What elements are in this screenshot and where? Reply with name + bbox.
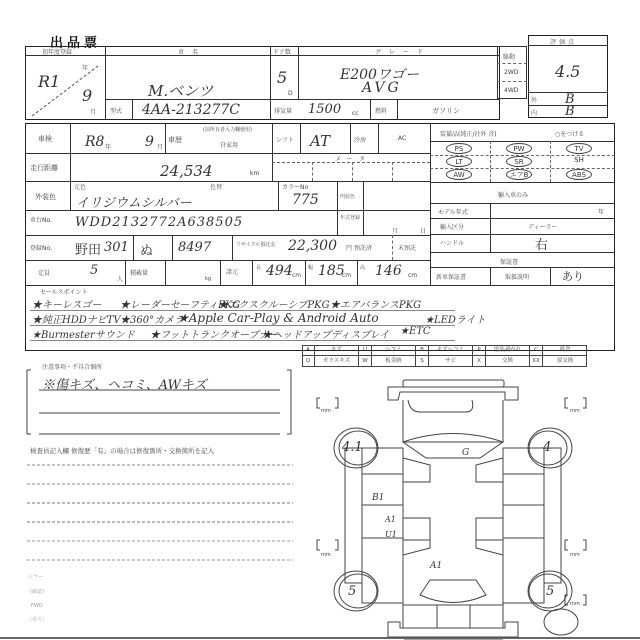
legend-meaning: サビ	[429, 356, 473, 367]
sales-point-item: ★エアバランスPKG	[330, 296, 421, 311]
equipment-option[interactable]: ABS	[566, 169, 592, 180]
recycle-status-paid: 預託済	[354, 243, 372, 252]
equipment-option[interactable]: AW	[446, 169, 472, 180]
grade-line2: AVG	[362, 80, 402, 96]
legend-meaning: 要交換	[543, 356, 587, 367]
sales-points-label: セールスポイント	[40, 287, 87, 296]
usage-label: 車歴	[168, 135, 182, 145]
legend-code: W	[359, 356, 372, 367]
warranty-book-label: 新車保証書	[436, 272, 466, 281]
sales-point-item: ★LEDライト	[425, 311, 486, 326]
plate-kana: ぬ	[140, 240, 153, 259]
warranty-section-label: 保証書	[500, 257, 518, 266]
legend-meaning: 塗装剥がれ	[486, 345, 530, 356]
inspection-month: 9	[145, 134, 154, 150]
legend-meaning: ヘコミ	[372, 345, 416, 356]
equipment-option[interactable]: エアB	[506, 169, 532, 180]
mileage-value: 24,534	[160, 162, 213, 180]
score-value: 4.5	[555, 62, 580, 81]
color-value: イリジウムシルバー	[76, 192, 192, 211]
bottom-label-0: シラー	[28, 573, 43, 580]
legend-meaning: キズヘコミ	[429, 345, 473, 356]
car-damage-diagram	[300, 370, 640, 640]
legend-code: C	[530, 345, 543, 356]
inspection-label: 車検	[38, 134, 52, 144]
equipment-option[interactable]: SR	[506, 156, 532, 167]
car-name-value: M.ベンツ	[148, 80, 213, 101]
shift-label: シフト	[276, 135, 294, 144]
legend-meaning: キズ	[315, 345, 359, 356]
plate-class: 301	[104, 240, 129, 255]
sales-point-item: ★純正HDDナビTV	[32, 311, 121, 326]
sales-point-item: ★Burmesterサウンド	[32, 326, 135, 341]
equipment-hint: ○をつける	[555, 129, 584, 138]
legend-code: Q	[302, 356, 315, 367]
recycle-status-unpaid: 未預託	[398, 243, 416, 252]
fuel-value: ガソリン	[432, 106, 460, 116]
import-type-label: 輸入区分	[440, 222, 464, 231]
dimensions-label: 諸元	[226, 267, 238, 276]
ac-value: AC	[398, 135, 406, 142]
date-divider-slash	[30, 58, 100, 118]
doors-label: ドア数	[273, 47, 291, 56]
notes-line1: ※傷キズ、ヘコミ、AWキズ	[42, 374, 207, 393]
equipment-option[interactable]: SH	[566, 156, 592, 164]
load-label: 積載量	[130, 268, 148, 277]
color-code-label: カラーNo	[282, 182, 308, 191]
fuel-label: 燃料	[375, 106, 387, 115]
model-label: 型式	[110, 106, 122, 115]
tire-rear-left-depth: 5	[348, 584, 356, 599]
handle-value: 右	[535, 234, 548, 253]
grade-label: グレード	[375, 47, 431, 56]
equipment-option[interactable]: TV	[566, 143, 592, 154]
shift-value: AT	[310, 132, 330, 150]
equipment-option[interactable]: PW	[506, 143, 532, 154]
height-value: 146	[375, 263, 402, 279]
inspection-year: R8	[85, 134, 104, 150]
plate-region: 野田	[75, 239, 101, 258]
displacement-value: 1500	[308, 102, 341, 117]
equipment-option[interactable]: LT	[446, 156, 472, 167]
meter-label: メータ	[335, 154, 371, 163]
damage-mark-rear-bumper: A1	[430, 561, 442, 571]
legend-meaning: 板金跡	[372, 356, 416, 367]
capacity-label: 定員	[38, 268, 50, 277]
interior-color-label: 内装色	[340, 193, 355, 200]
handle-label: ハンドル	[440, 238, 464, 247]
drive-2wd: 2WD	[504, 69, 518, 76]
chassis-label: 車台No.	[30, 215, 52, 224]
bottom-label-1: (確認)	[30, 588, 44, 595]
tire-front-left-depth: 4.1	[342, 440, 363, 455]
score-label: 評価点	[550, 37, 577, 46]
import-type-value: ディーラー	[528, 222, 558, 231]
mileage-label: 走行距離	[30, 163, 58, 173]
damage-mark-rear-left-a: A1	[385, 515, 396, 524]
plate-label: 登録No.	[30, 243, 52, 252]
equipment-option[interactable]: PS	[446, 143, 472, 154]
sales-point-item: ★フットトランクオープナー	[150, 326, 279, 341]
sales-point-item: ★Apple Car-Play & Android Auto	[178, 311, 379, 325]
recycle-label: リサイクル預託金	[236, 241, 275, 248]
sales-point-item: ★ETC	[400, 326, 431, 337]
tire-rear-right-depth: 5	[546, 584, 554, 599]
manual-value: あり	[562, 268, 584, 284]
length-value: 494	[266, 263, 293, 279]
equipment-label: 装備品(純正/社外 含)	[440, 129, 497, 138]
manual-label: 取扱説明	[505, 272, 529, 281]
legend-code: S	[416, 356, 429, 367]
legend-code: A	[302, 345, 315, 356]
legend-code: P	[473, 345, 486, 356]
tire-front-right-depth: 4	[543, 440, 551, 455]
damage-mark-rear-left-u: U1	[385, 530, 397, 539]
legend-code: X	[473, 356, 486, 367]
legend-code: U	[359, 345, 372, 356]
import-section-label: 輸入車のみ	[498, 190, 528, 199]
color-code: 775	[292, 192, 319, 208]
drive-label: 駆動	[503, 52, 515, 61]
legend-code: XX	[530, 356, 543, 367]
sales-point-item: ★エクスクルーシブPKG	[218, 296, 330, 311]
sales-point-item: ★キーレスゴー	[32, 296, 102, 311]
legend-meaning: 交換	[486, 356, 530, 367]
inspector-label: 検査員記入欄 修復歴「有」の場合は修復箇所・交換箇所を記入	[30, 446, 214, 455]
bottom-label-3: (備考)	[30, 616, 44, 623]
bottom-label-2: FWD	[31, 603, 43, 609]
legend-meaning: ガラスキズ	[315, 356, 359, 367]
damage-mark-windshield: G	[462, 448, 469, 458]
drive-4wd: 4WD	[504, 87, 518, 94]
legend-code: B	[416, 345, 429, 356]
score-interior: B	[565, 104, 575, 119]
doors-value: 5	[277, 68, 287, 87]
car-name-label: 車名	[178, 47, 206, 56]
model-year-label: モデル年式	[438, 207, 468, 216]
capacity-value: 5	[90, 263, 98, 278]
sales-point-item: ★ヘッドアップディスプレイ	[262, 326, 389, 341]
ac-label: 冷房	[354, 135, 366, 144]
chassis-value: WDD2132772A638505	[75, 215, 243, 230]
usage-value: 自家用	[220, 140, 238, 149]
inspector-lines	[25, 460, 295, 570]
plate-number: 8497	[178, 240, 211, 255]
sales-point-item: ★360°カメラ	[120, 311, 184, 326]
damage-mark-left-side: B1	[372, 493, 384, 503]
color-label: 外装色	[35, 192, 56, 202]
width-value: 185	[318, 263, 345, 279]
recycle-value: 22,300	[288, 238, 337, 254]
legend-meaning: 腐食	[543, 345, 587, 356]
first-registration-label: 初年度登録	[42, 47, 72, 56]
model-value: 4AA-213277C	[142, 102, 240, 118]
displacement-label: 排気量	[274, 106, 292, 115]
